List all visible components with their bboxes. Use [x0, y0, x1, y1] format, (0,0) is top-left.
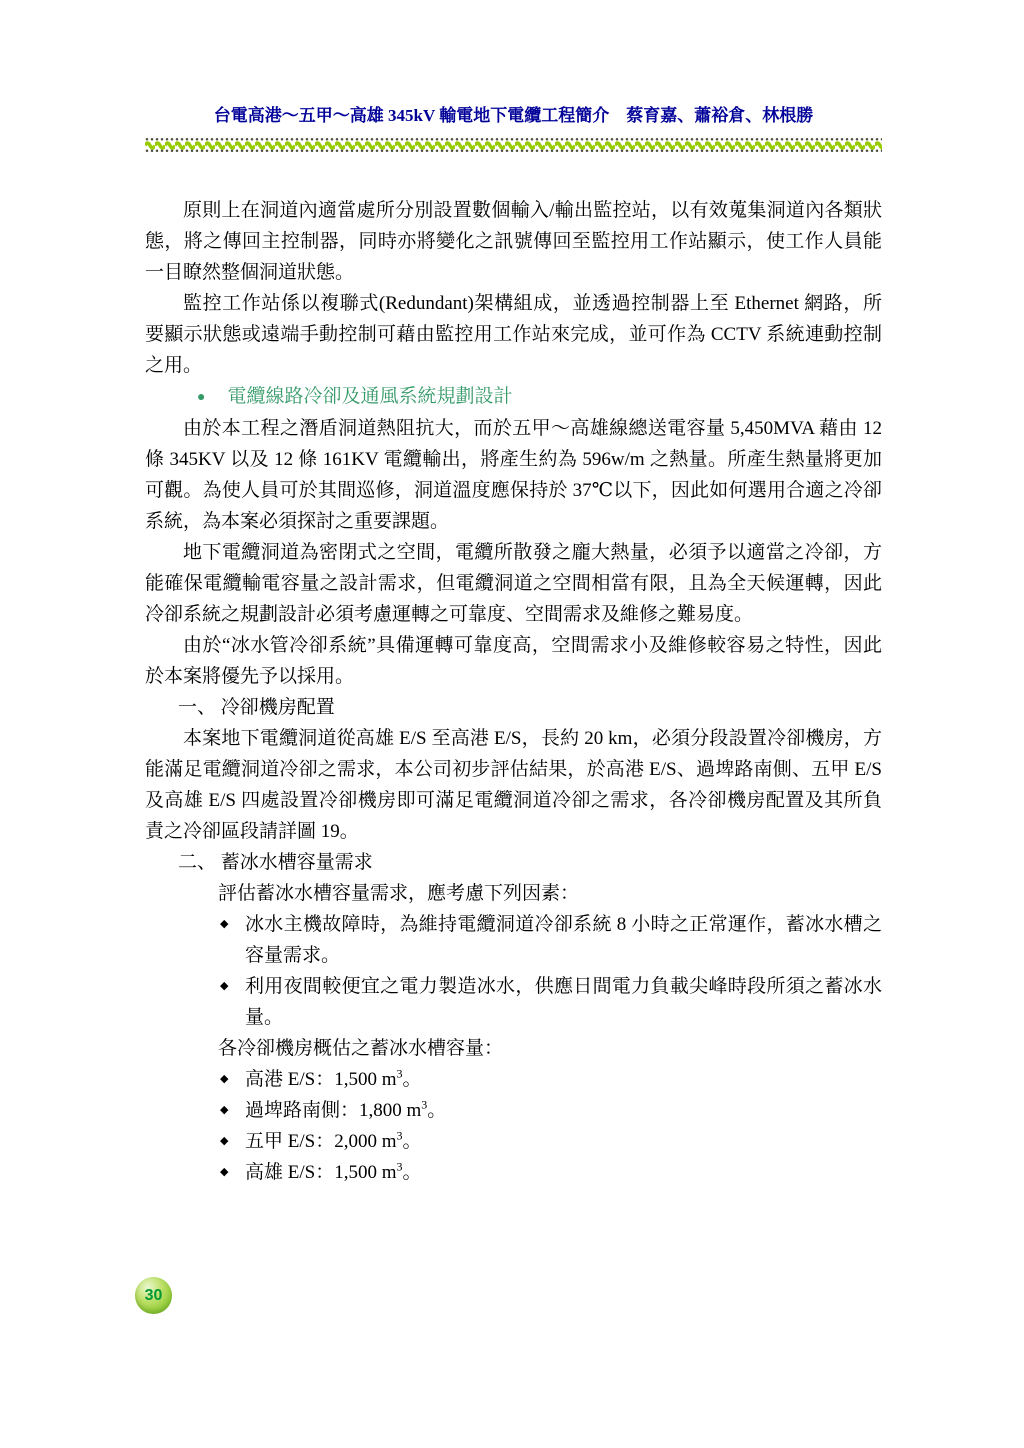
zigzag-divider	[145, 137, 882, 153]
page-number-badge: 30	[135, 1277, 172, 1314]
diamond-bullet-icon: ◆	[220, 1157, 228, 1188]
paragraph-monitoring-stations: 原則上在洞道內適當處所分別設置數個輸入/輸出監控站，以有效蒐集洞道內各類狀態，將…	[145, 195, 882, 288]
document-body: 原則上在洞道內適當處所分別設置數個輸入/輸出監控站，以有效蒐集洞道內各類狀態，將…	[145, 195, 882, 1188]
paragraph-enclosed-tunnel: 地下電纜洞道為密閉式之空間，電纜所散發之龐大熱量，必須予以適當之冷卻，方能確保電…	[145, 537, 882, 630]
list-item-volume-guopi-road: ◆ 過埤路南側：1,800 m3。	[145, 1095, 882, 1126]
green-bullet-icon: ●	[197, 382, 205, 413]
paragraph-workstation-redundant: 監控工作站係以複聯式(Redundant)架構組成，並透過控制器上至 Ether…	[145, 288, 882, 381]
list-item-volume-kaohsiung: ◆ 高雄 E/S：1,500 m3。	[145, 1157, 882, 1188]
page-content: 台電高港～五甲～高雄 345kV 輸電地下電纜工程簡介 蔡育嘉、蕭裕倉、林根勝 …	[145, 104, 882, 1188]
volume-text: 過埤路南側：1,800 m3。	[245, 1100, 446, 1121]
volumes-intro: 各冷卻機房概估之蓄冰水槽容量：	[218, 1033, 882, 1064]
factors-intro: 評估蓄冰水槽容量需求，應考慮下列因素：	[218, 878, 882, 909]
document-page: 台電高港～五甲～高雄 345kV 輸電地下電纜工程簡介 蔡育嘉、蕭裕倉、林根勝 …	[0, 0, 1024, 1448]
list-item-factor-1: ◆ 冰水主機故障時，為維持電纜洞道冷卻系統 8 小時之正常運作，蓄冰水槽之容量需…	[145, 909, 882, 971]
diamond-bullet-icon: ◆	[220, 1064, 228, 1095]
diamond-bullet-icon: ◆	[220, 1126, 228, 1157]
section-heading-label: 電纜線路冷卻及通風系統規劃設計	[227, 386, 512, 407]
diamond-bullet-icon: ◆	[220, 971, 228, 1002]
paragraph-heat-load: 由於本工程之潛盾洞道熱阻抗大，而於五甲～高雄線總送電容量 5,450MVA 藉由…	[145, 413, 882, 537]
volume-text: 高港 E/S：1,500 m3。	[245, 1069, 422, 1090]
zigzag-divider-icon	[145, 137, 882, 153]
page-title: 台電高港～五甲～高雄 345kV 輸電地下電纜工程簡介 蔡育嘉、蕭裕倉、林根勝	[145, 104, 882, 128]
diamond-bullet-icon: ◆	[220, 909, 228, 940]
list-item-volume-wujia: ◆ 五甲 E/S：2,000 m3。	[145, 1126, 882, 1157]
diamond-bullet-icon: ◆	[220, 1095, 228, 1126]
volume-text: 五甲 E/S：2,000 m3。	[245, 1131, 422, 1152]
list-item-volume-kaogang: ◆ 高港 E/S：1,500 m3。	[145, 1064, 882, 1095]
section-heading-cooling-ventilation: ●電纜線路冷卻及通風系統規劃設計	[197, 381, 882, 413]
factor-text: 利用夜間較便宜之電力製造冰水，供應日間電力負載尖峰時段所須之蓄冰水量。	[245, 976, 882, 1028]
volume-text: 高雄 E/S：1,500 m3。	[245, 1162, 422, 1183]
list-item-factor-2: ◆ 利用夜間較便宜之電力製造冰水，供應日間電力負載尖峰時段所須之蓄冰水量。	[145, 971, 882, 1033]
heading-ice-water-tank-capacity: 二、 蓄冰水槽容量需求	[178, 847, 882, 878]
paragraph-cooling-room-plan: 本案地下電纜洞道從高雄 E/S 至高港 E/S，長約 20 km，必須分段設置冷…	[145, 723, 882, 847]
factor-text: 冰水主機故障時，為維持電纜洞道冷卻系統 8 小時之正常運作，蓄冰水槽之容量需求。	[245, 914, 882, 966]
paragraph-chilled-water-system: 由於“冰水管冷卻系統”具備運轉可靠度高，空間需求小及維修較容易之特性，因此於本案…	[145, 630, 882, 692]
heading-cooling-room-layout: 一、 冷卻機房配置	[178, 692, 882, 723]
